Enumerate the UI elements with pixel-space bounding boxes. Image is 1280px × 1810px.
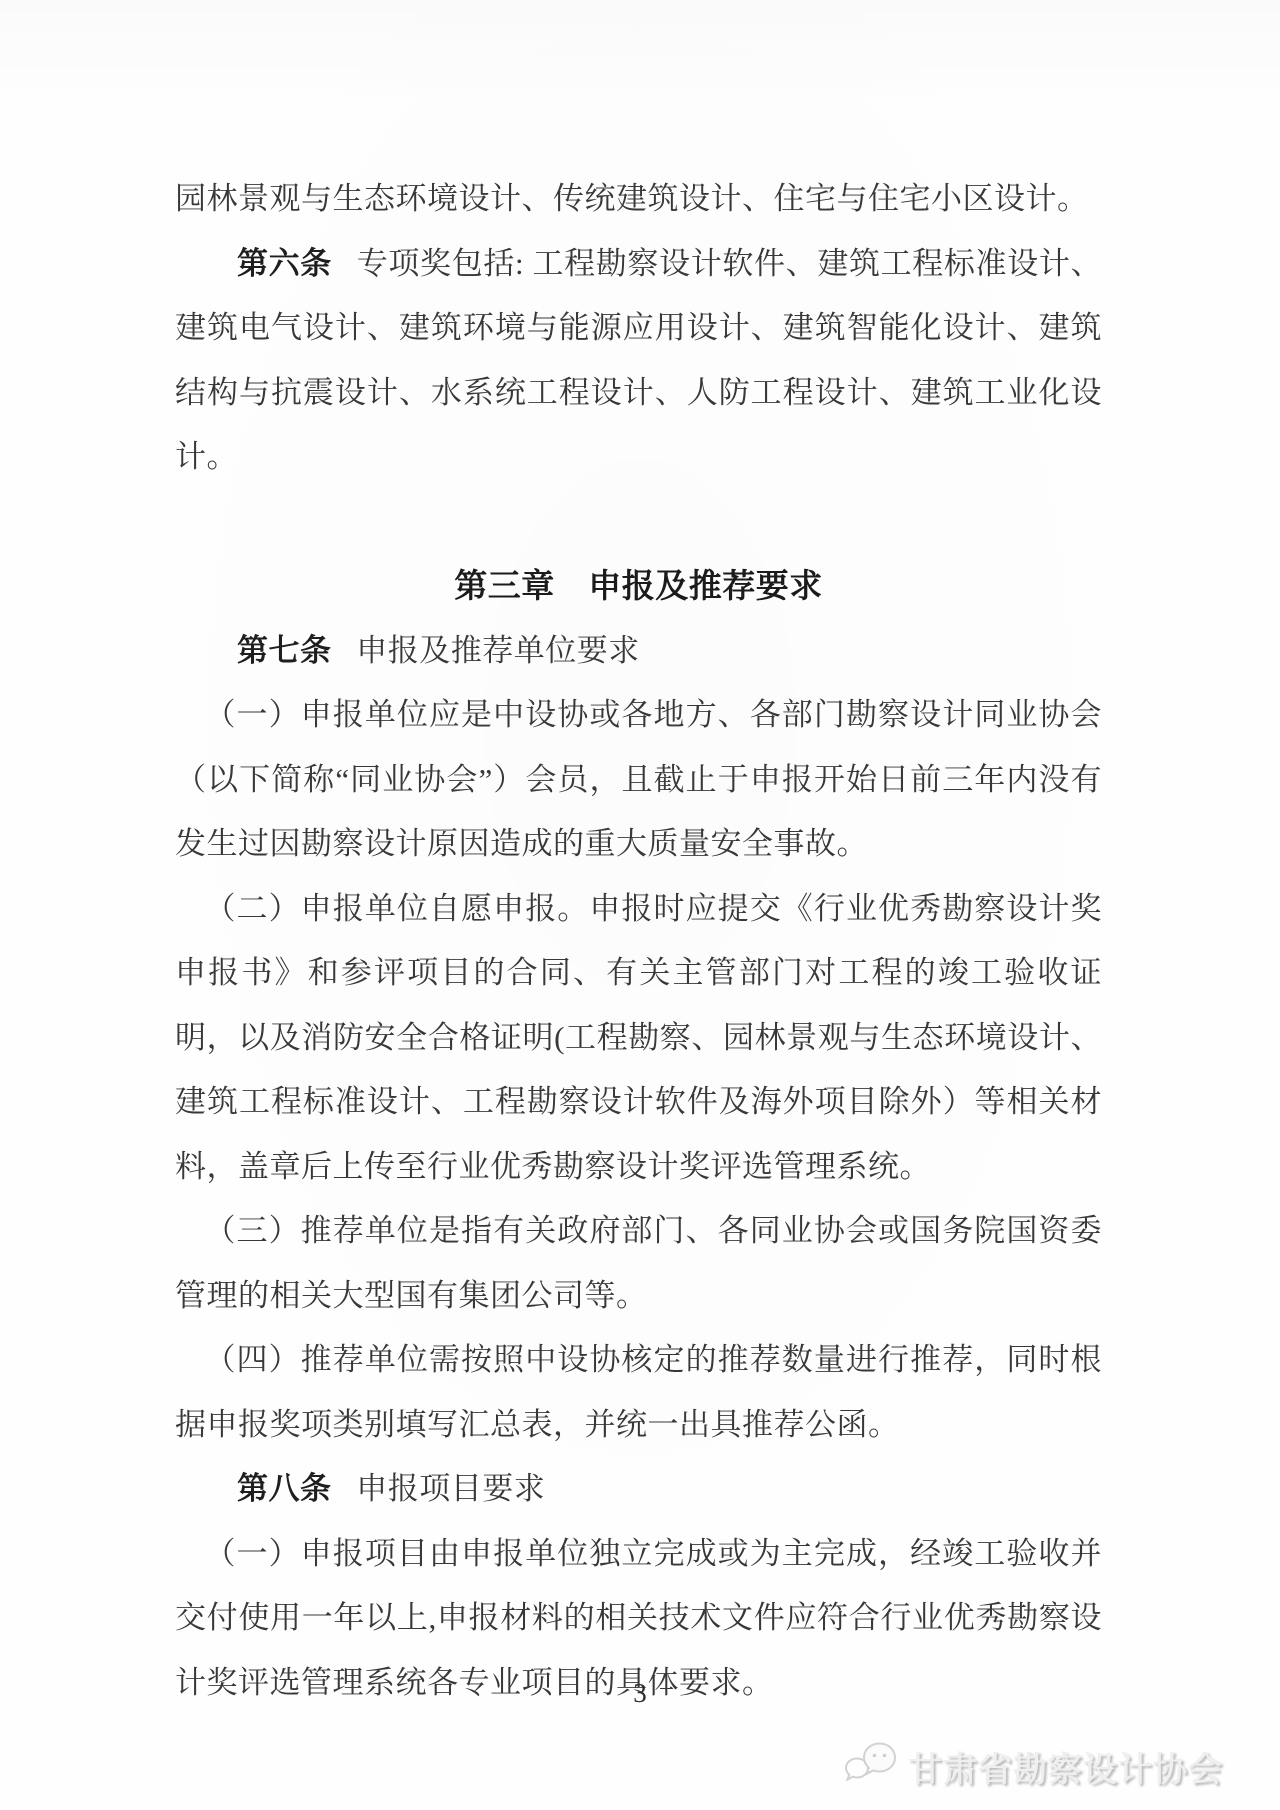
- association-watermark: 甘肃省勘察设计协会: [842, 1740, 1223, 1792]
- page-number: 3: [0, 1678, 1280, 1708]
- article-7-item-3: （三）推荐单位是指有关政府部门、各同业协会或国务院国资委管理的相关大型国有集团公…: [175, 1199, 1102, 1328]
- article-8-label: 第八条: [237, 1471, 332, 1506]
- article-7-label: 第七条: [237, 633, 332, 668]
- article-6-label: 第六条: [237, 246, 332, 281]
- paragraph-article-7: 第七条申报及推荐单位要求: [175, 619, 1102, 684]
- paragraph-continuation: 园林景观与生态环境设计、传统建筑设计、住宅与住宅小区设计。: [175, 167, 1102, 232]
- document-page: 园林景观与生态环境设计、传统建筑设计、住宅与住宅小区设计。 第六条专项奖包括: …: [0, 0, 1280, 1810]
- article-7-item-4: （四）推荐单位需按照中设协核定的推荐数量进行推荐，同时根据申报奖项类别填写汇总表…: [175, 1328, 1102, 1457]
- paragraph-article-6: 第六条专项奖包括: 工程勘察设计软件、建筑工程标准设计、建筑电气设计、建筑环境与…: [175, 232, 1102, 490]
- wechat-icon: [842, 1740, 900, 1792]
- watermark-label: 甘肃省勘察设计协会: [908, 1742, 1223, 1791]
- paragraph-article-8: 第八条申报项目要求: [175, 1457, 1102, 1522]
- article-8-text: 申报项目要求: [356, 1471, 545, 1506]
- chapter-3-heading: 第三章 申报及推荐要求: [175, 554, 1102, 619]
- article-7-text: 申报及推荐单位要求: [356, 633, 640, 668]
- article-7-item-2: （二）申报单位自愿申报。申报时应提交《行业优秀勘察设计奖申报书》和参评项目的合同…: [175, 877, 1102, 1200]
- document-body: 园林景观与生态环境设计、传统建筑设计、住宅与住宅小区设计。 第六条专项奖包括: …: [175, 167, 1102, 1715]
- article-7-item-1: （一）申报单位应是中设协或各地方、各部门勘察设计同业协会（以下简称“同业协会”）…: [175, 683, 1102, 877]
